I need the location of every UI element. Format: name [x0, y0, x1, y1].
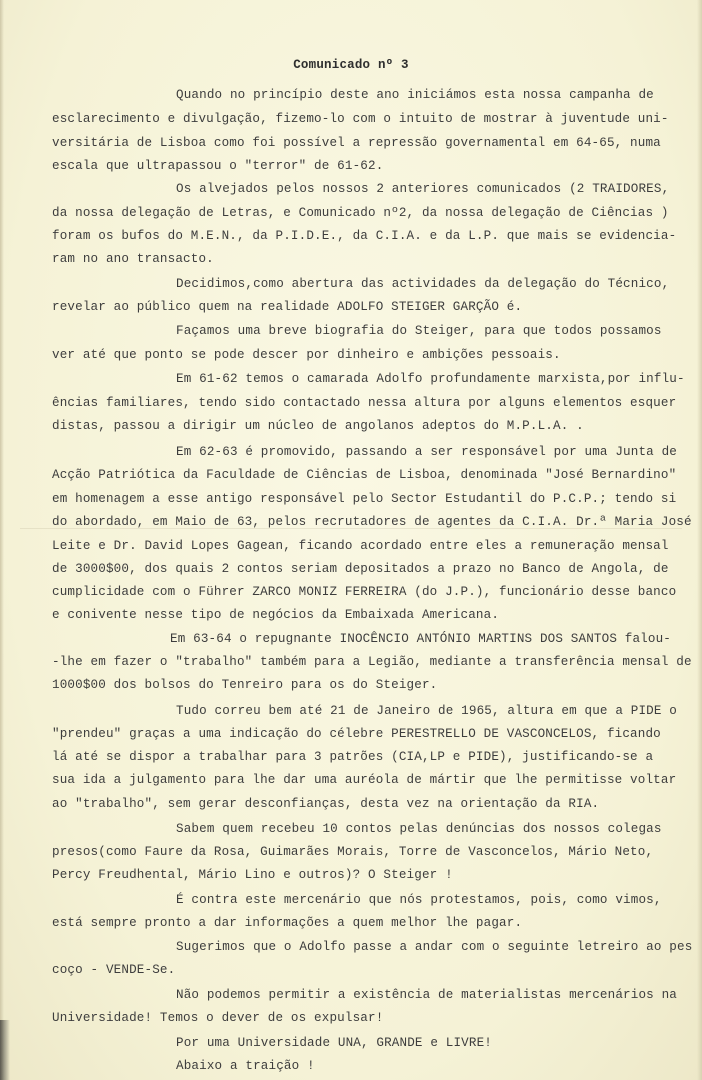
page-shadow: [0, 1020, 10, 1080]
text-line: Os alvejados pelos nossos 2 anteriores c…: [176, 182, 669, 196]
text-line: em homenagem a esse antigo responsável p…: [52, 492, 676, 506]
document-title: Comunicado nº 3: [0, 58, 702, 72]
text-line: escala que ultrapassou o "terror" de 61-…: [52, 159, 383, 173]
text-line: Não podemos permitir a existência de mat…: [176, 988, 677, 1002]
text-line: Em 61-62 temos o camarada Adolfo profund…: [176, 372, 685, 386]
text-line: Decidimos,como abertura das actividades …: [176, 277, 669, 291]
text-line: está sempre pronto a dar informações a q…: [52, 916, 522, 930]
text-line: presos(como Faure da Rosa, Guimarães Mor…: [52, 845, 653, 859]
text-line: revelar ao público quem na realidade ADO…: [52, 300, 522, 314]
text-line: lá até se dispor a trabalhar para 3 patr…: [52, 750, 653, 764]
text-line: esclarecimento e divulgação, fizemo-lo c…: [52, 112, 669, 126]
text-line: distas, passou a dirigir um núcleo de an…: [52, 419, 584, 433]
text-line: ram no ano transacto.: [52, 252, 214, 266]
text-line: foram os bufos do M.E.N., da P.I.D.E., d…: [52, 229, 676, 243]
text-line: Quando no princípio deste ano iniciámos …: [176, 88, 654, 102]
text-line: Percy Freudhental, Mário Lino e outros)?…: [52, 868, 453, 882]
text-line: Façamos uma breve biografia do Steiger, …: [176, 324, 662, 338]
text-line: Por uma Universidade UNA, GRANDE e LIVRE…: [176, 1036, 492, 1050]
text-line: Em 62-63 é promovido, passando a ser res…: [176, 445, 677, 459]
text-line: coço - VENDE-Se.: [52, 963, 175, 977]
text-line: ências familiares, tendo sido contactado…: [52, 396, 676, 410]
text-line: -lhe em fazer o "trabalho" também para a…: [52, 655, 692, 669]
text-line: e conivente nesse tipo de negócios da Em…: [52, 608, 499, 622]
text-line: da nossa delegação de Letras, e Comunica…: [52, 206, 669, 220]
text-line: Em 63-64 o repugnante INOCÊNCIO ANTÓNIO …: [170, 632, 671, 646]
text-line: cumplicidade com o Führer ZARCO MONIZ FE…: [52, 585, 676, 599]
text-line: 1000$00 dos bolsos do Tenreiro para os d…: [52, 678, 437, 692]
page-edge-right: [697, 0, 702, 1080]
text-line: Tudo correu bem até 21 de Janeiro de 196…: [176, 704, 677, 718]
text-line: É contra este mercenário que nós protest…: [176, 893, 662, 907]
text-line: do abordado, em Maio de 63, pelos recrut…: [52, 515, 692, 529]
text-line: "prendeu" graças a uma indicação do céle…: [52, 727, 661, 741]
page-edge-left: [0, 0, 4, 1080]
text-line: sua ida a julgamento para lhe dar uma au…: [52, 773, 676, 787]
text-line: versitária de Lisboa como foi possível a…: [52, 136, 661, 150]
text-line: Sugerimos que o Adolfo passe a andar com…: [176, 940, 692, 954]
text-line: Universidade! Temos o dever de os expuls…: [52, 1011, 383, 1025]
text-line: Abaixo a traição !: [176, 1059, 315, 1073]
text-line: ao "trabalho", sem gerar desconfianças, …: [52, 797, 599, 811]
text-line: Acção Patriótica da Faculdade de Ciência…: [52, 468, 676, 482]
document-page: Comunicado nº 3 Quando no princípio dest…: [0, 0, 702, 1080]
text-line: de 3000$00, dos quais 2 contos seriam de…: [52, 562, 669, 576]
text-line: Sabem quem recebeu 10 contos pelas denún…: [176, 822, 662, 836]
text-line: ver até que ponto se pode descer por din…: [52, 348, 561, 362]
text-line: Leite e Dr. David Lopes Gagean, ficando …: [52, 539, 669, 553]
